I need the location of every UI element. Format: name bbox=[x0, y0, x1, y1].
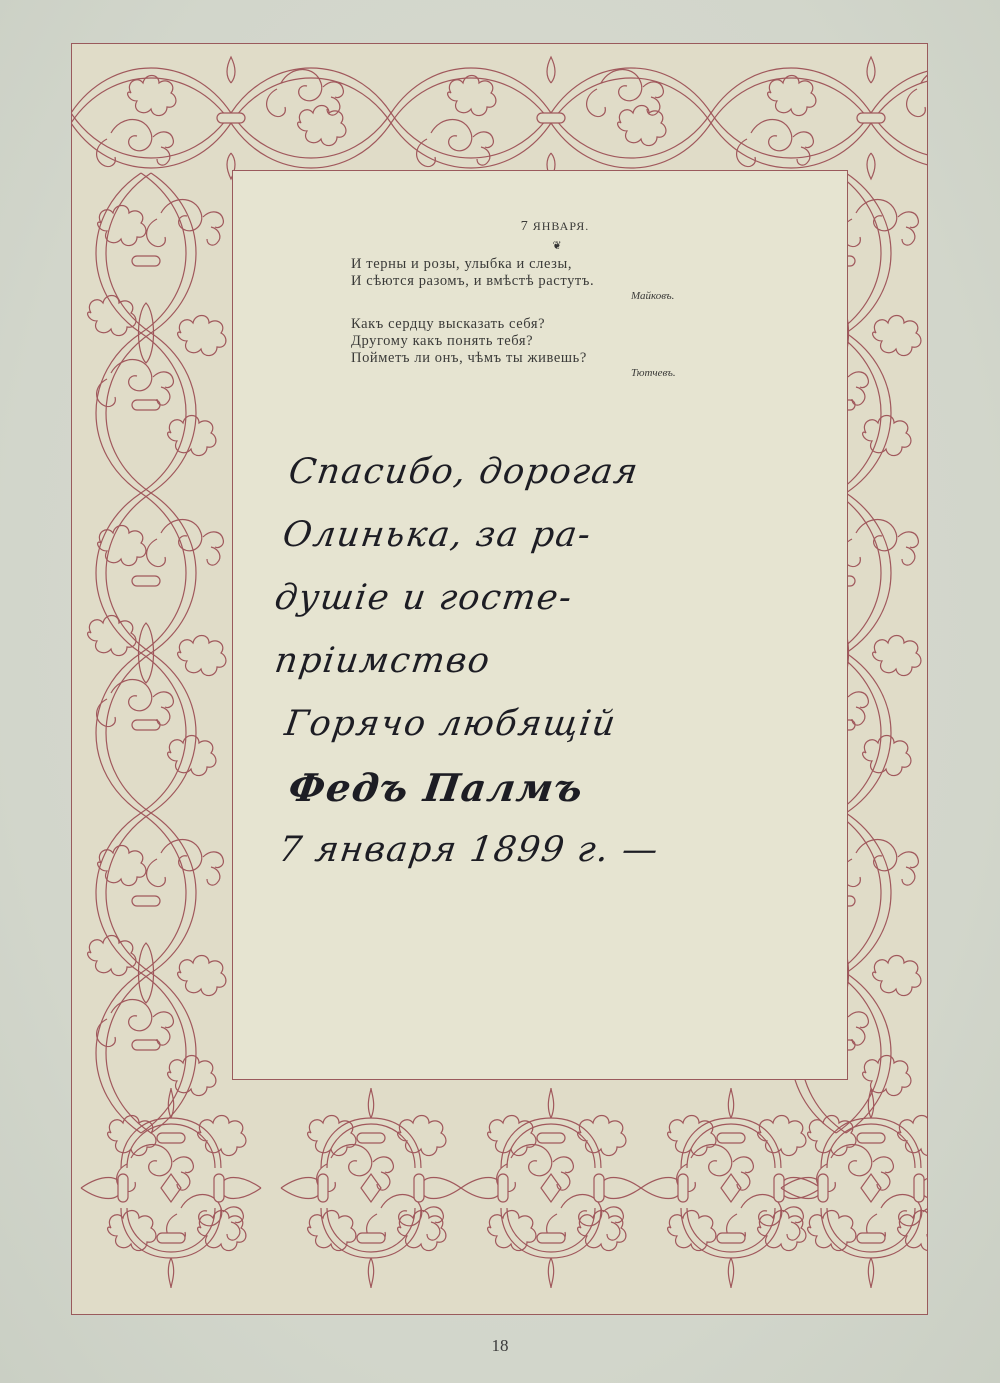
verse-line: И терны и розы, улыбка и слезы, bbox=[351, 256, 847, 273]
verse-maikov: И терны и розы, улыбка и слезы, И сѣются… bbox=[351, 256, 847, 290]
date-month: ЯНВАРЯ. bbox=[533, 219, 590, 233]
handwritten-inscription: Спасибо, дорогая Олинька, за ра- душiе и… bbox=[275, 441, 845, 882]
text-panel: 7 ЯНВАРЯ. ❦ И терны и розы, улыбка и сле… bbox=[232, 170, 848, 1080]
verse-line: И сѣются разомъ, и вмѣстѣ растутъ. bbox=[351, 273, 847, 290]
verse-line: Другому какъ понять тебя? bbox=[351, 333, 847, 350]
page-number: 18 bbox=[0, 1336, 1000, 1356]
verse-author: Тютчевъ. bbox=[631, 367, 847, 379]
handwritten-line: Олинька, за ра- bbox=[279, 504, 850, 567]
handwritten-line: Спасибо, дорогая bbox=[285, 441, 850, 504]
date-number: 7 bbox=[521, 219, 529, 234]
handwritten-signature: Федъ Палмъ bbox=[285, 756, 850, 819]
handwritten-date: 7 января 1899 г. — bbox=[275, 819, 850, 882]
handwritten-line: прiимство bbox=[271, 630, 850, 693]
leaf-vignette-icon: ❦ bbox=[267, 239, 847, 252]
date-heading: 7 ЯНВАРЯ. bbox=[263, 219, 847, 235]
verse-line: Какъ сердцу высказать себя? bbox=[351, 316, 847, 333]
verse-line: Пойметъ ли онъ, чѣмъ ты живешь? bbox=[351, 350, 847, 367]
printed-calendar-text: 7 ЯНВАРЯ. ❦ И терны и розы, улыбка и сле… bbox=[233, 219, 847, 379]
handwritten-line: душiе и госте- bbox=[271, 567, 850, 630]
verse-tyutchev: Какъ сердцу высказать себя? Другому какъ… bbox=[351, 316, 847, 367]
handwritten-line: Горячо любящiй bbox=[281, 693, 850, 756]
verse-author: Майковъ. bbox=[631, 290, 847, 302]
